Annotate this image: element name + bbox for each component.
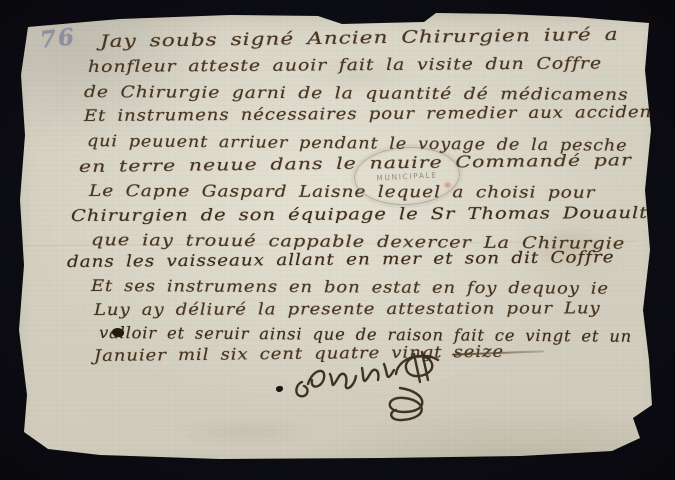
manuscript-line: Chirurgien de son équipage le Sr Thomas …: [71, 205, 648, 224]
manuscript-line: dans les vaisseaux allant en mer et son …: [67, 249, 615, 270]
folio-number: 76: [39, 25, 77, 52]
manuscript-line: valloir et seruir ainsi que de raison fa…: [99, 325, 632, 345]
manuscript-line: Et instrumens nécessaires pour remedier …: [84, 104, 662, 124]
manuscript-paper: MUNICIPALE 76 Jay soubs signé Ancien Chi…: [0, 0, 675, 480]
manuscript-line: Le Capne Gaspard Laisne lequel a choisi …: [89, 183, 596, 201]
manuscript-line: Et ses instrumens en bon estat en foy de…: [91, 278, 609, 297]
manuscript-line: Luy ay déliuré la presente attestation p…: [94, 300, 601, 318]
photo-background: MUNICIPALE 76 Jay soubs signé Ancien Chi…: [0, 0, 675, 480]
manuscript-line: honfleur atteste auoir fait la visite du…: [88, 55, 602, 75]
manuscript-line: de Chirurgie garni de la quantité dé méd…: [84, 84, 629, 103]
signature-flourish: [288, 348, 463, 426]
